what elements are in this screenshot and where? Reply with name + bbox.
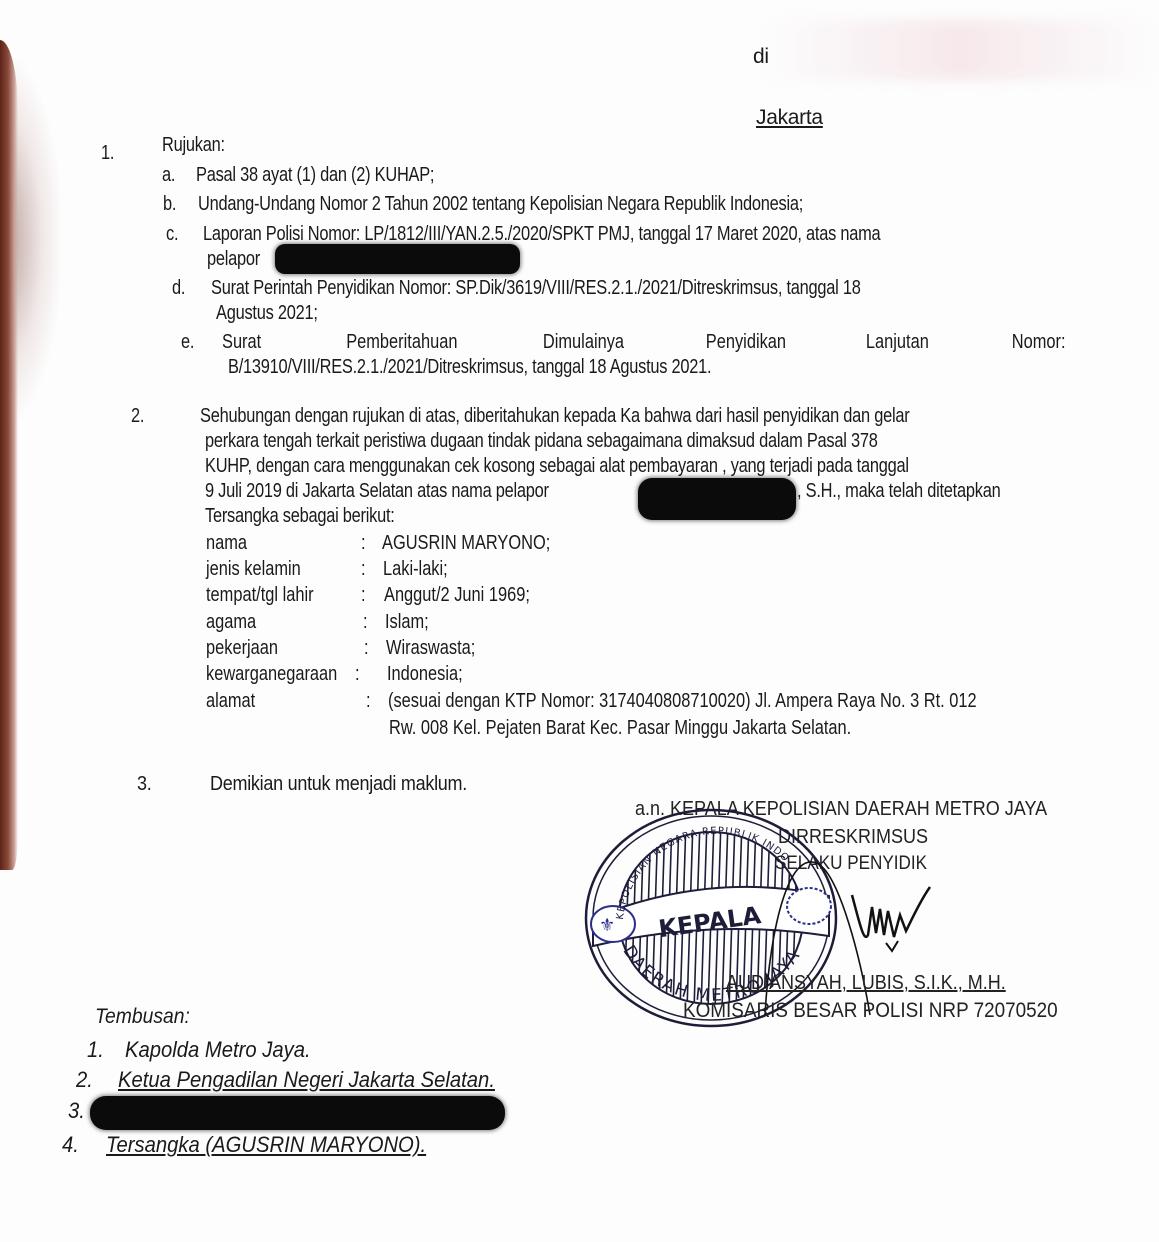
suspect-label: agama xyxy=(206,611,256,634)
suspect-label: pekerjaan xyxy=(206,637,278,660)
suspect-value-2: Rw. 008 Kel. Pejaten Barat Kec. Pasar Mi… xyxy=(389,717,851,740)
suspect-sep: : xyxy=(363,611,368,634)
header-di: di xyxy=(753,45,769,69)
suspect-sep: : xyxy=(364,637,369,660)
section2-line: perkara tengah terkait peristiwa dugaan … xyxy=(205,430,878,453)
tembusan-num: 3. xyxy=(68,1098,85,1124)
ref-a-letter: a. xyxy=(162,164,175,187)
ref-e-word: Dimulainya xyxy=(543,331,624,354)
suspect-sep: : xyxy=(366,690,371,713)
page-edge-shadow xyxy=(0,40,18,870)
section1-title: Rujukan: xyxy=(162,134,225,157)
suspect-value: Islam; xyxy=(385,611,429,634)
tembusan-item: Kapolda Metro Jaya. xyxy=(125,1037,311,1063)
ref-b-letter: b. xyxy=(163,193,176,216)
ref-c-letter: c. xyxy=(166,223,178,246)
suspect-sep: : xyxy=(361,532,366,555)
document-page: di Jakarta 1. Rujukan: a. Pasal 38 ayat … xyxy=(0,0,1159,1242)
suspect-sep: : xyxy=(355,663,360,686)
section2-number: 2. xyxy=(131,405,144,428)
signer-name: AUDIANSYAH, LUBIS, S.I.K., M.H. xyxy=(726,972,1006,995)
tembusan-num: 1. xyxy=(87,1037,104,1063)
suspect-label: nama xyxy=(206,532,247,555)
redaction-reporter-name-2 xyxy=(638,478,796,520)
ref-d-text: Surat Perintah Penyidikan Nomor: SP.Dik/… xyxy=(211,277,861,300)
ref-e-word: Penyidikan xyxy=(706,331,786,354)
ref-e-letter: e. xyxy=(181,331,194,354)
suspect-label: jenis kelamin xyxy=(206,558,301,581)
ref-e-word: Surat xyxy=(222,331,261,354)
svg-text:⚜: ⚜ xyxy=(599,915,615,936)
suspect-label: alamat xyxy=(206,690,255,713)
section3-text: Demikian untuk menjadi maklum. xyxy=(210,773,467,796)
signature-loop xyxy=(760,845,880,1025)
section2-line: Tersangka sebagai berikut: xyxy=(205,505,395,528)
tembusan-title: Tembusan: xyxy=(95,1005,190,1029)
ref-e-word: Nomor: xyxy=(1012,331,1066,354)
section1-number: 1. xyxy=(101,142,114,165)
tembusan-num: 4. xyxy=(62,1132,79,1158)
suspect-value: Indonesia; xyxy=(387,663,463,686)
ref-d-letter: d. xyxy=(172,277,185,300)
tembusan-num: 2. xyxy=(76,1067,93,1093)
tembusan-item: Ketua Pengadilan Negeri Jakarta Selatan. xyxy=(118,1067,495,1093)
ref-d-text2: Agustus 2021; xyxy=(216,302,318,325)
section2-line-tail: , S.H., maka telah ditetapkan xyxy=(797,480,1000,503)
suspect-value: (sesuai dengan KTP Nomor: 31740408087100… xyxy=(388,690,977,713)
redaction-reporter-name xyxy=(275,244,520,274)
suspect-value: Laki-laki; xyxy=(383,558,448,581)
suspect-value: AGUSRIN MARYONO; xyxy=(382,532,550,555)
tembusan-item: Tersangka (AGUSRIN MARYONO). xyxy=(106,1132,426,1158)
ref-c-text2: pelapor xyxy=(207,248,260,271)
ref-e-line1: Surat Pemberitahuan Dimulainya Penyidika… xyxy=(222,331,1066,354)
suspect-label: kewarganegaraan xyxy=(206,663,337,686)
suspect-sep: : xyxy=(361,558,366,581)
redaction-tembusan-3 xyxy=(90,1096,505,1130)
paper-tint xyxy=(760,20,1159,80)
ref-c-text: Laporan Polisi Nomor: LP/1812/III/YAN.2.… xyxy=(203,223,880,246)
section2-line: KUHP, dengan cara menggunakan cek kosong… xyxy=(205,455,909,478)
ref-e-word: Lanjutan xyxy=(866,331,929,354)
signer-rank: KOMISARIS BESAR POLISI NRP 72070520 xyxy=(683,999,1058,1023)
header-place: Jakarta xyxy=(756,106,823,130)
suspect-sep: : xyxy=(361,584,366,607)
ref-b-text: Undang-Undang Nomor 2 Tahun 2002 tentang… xyxy=(198,193,803,216)
section2-line: 9 Juli 2019 di Jakarta Selatan atas nama… xyxy=(205,480,549,503)
suspect-value: Anggut/2 Juni 1969; xyxy=(384,584,530,607)
ref-e-word: Pemberitahuan xyxy=(346,331,457,354)
ref-a-text: Pasal 38 ayat (1) dan (2) KUHAP; xyxy=(196,164,434,187)
suspect-value: Wiraswasta; xyxy=(386,637,475,660)
section2-line: Sehubungan dengan rujukan di atas, diber… xyxy=(200,405,909,428)
section3-number: 3. xyxy=(137,773,151,796)
suspect-label: tempat/tgl lahir xyxy=(206,584,314,607)
ref-e-text2: B/13910/VIII/RES.2.1./2021/Ditreskrimsus… xyxy=(228,356,711,379)
